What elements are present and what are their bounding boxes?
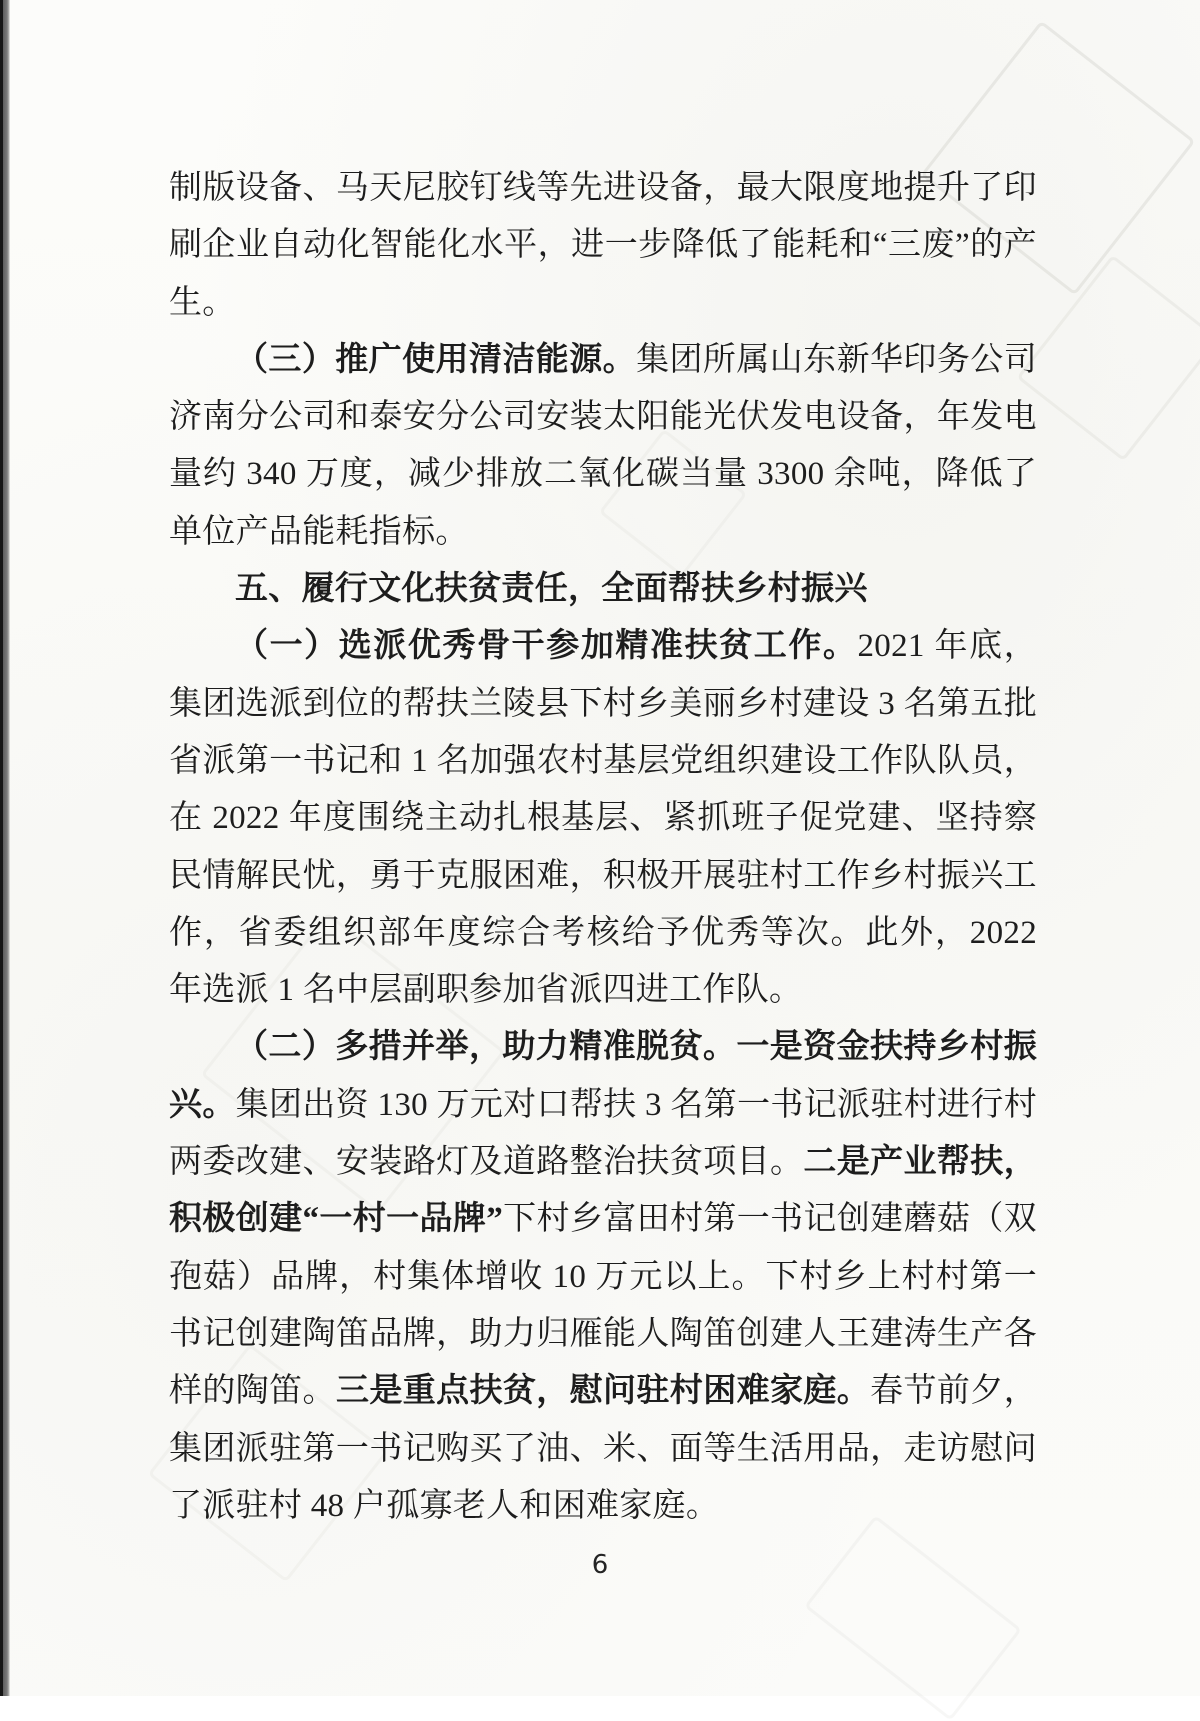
section-heading: 五、履行文化扶贫责任，全面帮扶乡村振兴 [169, 561, 1037, 618]
scan-edge [0, 0, 10, 1696]
bold-text-run: （一）选派优秀骨干参加精准扶贫工作。 [235, 628, 858, 664]
text-run: 2021 年底，集团选派到位的帮扶兰陵县下村乡美丽乡村建设 3 名第五批省派第一… [169, 628, 1037, 1008]
bold-text-run: 五、履行文化扶贫责任，全面帮扶乡村振兴 [235, 571, 868, 607]
paragraph: （一）选派优秀骨干参加精准扶贫工作。2021 年底，集团选派到位的帮扶兰陵县下村… [169, 618, 1037, 1019]
bold-text-run: （三）推广使用清洁能源。 [235, 342, 636, 378]
text-block: 制版设备、马天尼胶钉线等先进设备，最大限度地提升了印刷企业自动化智能化水平，进一… [169, 160, 1037, 1535]
text-run: 制版设备、马天尼胶钉线等先进设备，最大限度地提升了印刷企业自动化智能化水平，进一… [169, 170, 1037, 321]
paragraph: 制版设备、马天尼胶钉线等先进设备，最大限度地提升了印刷企业自动化智能化水平，进一… [169, 160, 1037, 332]
page-number: 6 [0, 1550, 1200, 1580]
document-page: 制版设备、马天尼胶钉线等先进设备，最大限度地提升了印刷企业自动化智能化水平，进一… [0, 0, 1200, 1696]
watermark-artifact [804, 1515, 1022, 1696]
paragraph: （三）推广使用清洁能源。集团所属山东新华印务公司济南分公司和泰安分公司安装太阳能… [169, 332, 1037, 561]
bold-text-run: 三是重点扶贫，慰问驻村困难家庭。 [336, 1373, 870, 1409]
watermark-artifact [1016, 255, 1200, 462]
paragraph: （二）多措并举，助力精准脱贫。一是资金扶持乡村振兴。集团出资 130 万元对口帮… [169, 1019, 1037, 1535]
